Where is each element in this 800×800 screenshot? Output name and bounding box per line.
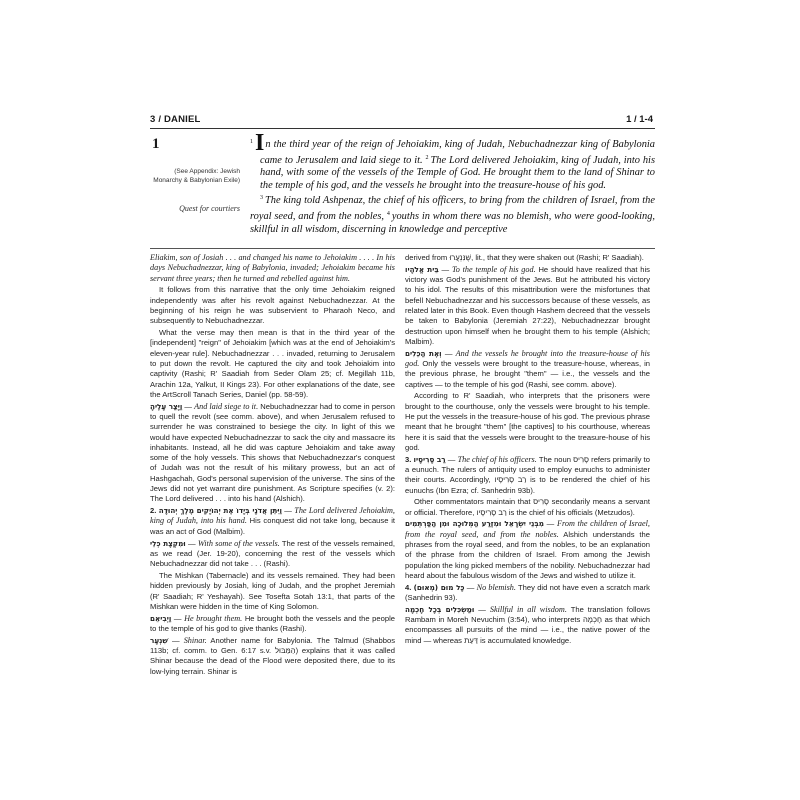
verse-number: 1 bbox=[250, 139, 253, 145]
commentary-entry: וַיָּצַר עָלֶיהָ — And laid siege to it.… bbox=[150, 402, 395, 505]
hebrew-lemma: וַיְבִיאֵם bbox=[150, 614, 171, 623]
commentary-entry: 3. רַב סָרִיסָיו — The chief of his offi… bbox=[405, 455, 650, 496]
lemma-gloss: He brought them. bbox=[184, 614, 242, 623]
commentary-paragraph: It follows from this narrative that the … bbox=[150, 285, 395, 326]
running-head-book: 3 / DANIEL bbox=[150, 114, 201, 125]
entry-text: He should have realized that his victory… bbox=[405, 265, 650, 346]
drop-cap: I bbox=[255, 130, 264, 156]
verse-number: 3 bbox=[260, 195, 263, 201]
lemma-gloss: And laid siege to it. bbox=[194, 402, 258, 411]
quote-text: Eliakim, son of Josiah . . . and changed… bbox=[150, 253, 395, 283]
commentary-paragraph: The Mishkan (Tabernacle) and its vessels… bbox=[150, 571, 395, 612]
commentary-entry: שִׁנְעָר — Shinar. Another name for Baby… bbox=[150, 636, 395, 677]
commentary-entry: בֵּית אֱלֹהָיו — To the temple of his go… bbox=[405, 265, 650, 347]
running-head-chapter-verses: 1 / 1-4 bbox=[626, 114, 653, 125]
verse-number: 4 bbox=[387, 211, 390, 217]
hebrew-lemma: רַב סָרִיסָיו bbox=[414, 455, 446, 464]
commentary-entry: 4. כָּל מוּם (מְאוּם) — No blemish. They… bbox=[405, 583, 650, 604]
commentary-paragraph: Other commentators maintain that סָרִיס … bbox=[405, 497, 650, 518]
translation-text: 1In the third year of the reign of Jehoi… bbox=[250, 136, 655, 236]
commentary-entry: וְאֶת הַכֵּלִים — And the vessels he bro… bbox=[405, 349, 650, 390]
hebrew-lemma: וְאֶת הַכֵּלִים bbox=[405, 349, 442, 358]
lemma-gloss: To the temple of his god. bbox=[452, 265, 536, 274]
hebrew-lemma: וּמַשְׂכִּלִים בְּכָל חָכְמָה bbox=[405, 605, 474, 614]
hebrew-lemma: בֵּית אֱלֹהָיו bbox=[405, 265, 439, 274]
header-rule bbox=[150, 128, 655, 129]
commentary-paragraph: According to R' Saadiah, who interprets … bbox=[405, 391, 650, 453]
hebrew-lemma: וּמִקְצָת כְּלֵי bbox=[150, 539, 186, 548]
verse-number: 2. bbox=[150, 506, 156, 515]
lemma-gloss: Skillful in all wisdom. bbox=[490, 605, 567, 614]
hebrew-lemma: וַיָּצַר עָלֶיהָ bbox=[150, 402, 182, 411]
commentary-entry: וַיְבִיאֵם — He brought them. He brought… bbox=[150, 614, 395, 635]
hebrew-lemma: וַיִּתֵּן אֲדֹנָי בְּיָדוֹ אֶת יְהוֹיָקִ… bbox=[159, 506, 282, 515]
hebrew-lemma: מִבְּנֵי יִשְׂרָאֵל וּמִזֶּרַע הַמְּלוּכ… bbox=[405, 519, 544, 528]
commentary-rule bbox=[150, 248, 655, 249]
verse-1-2: 1In the third year of the reign of Jehoi… bbox=[250, 136, 655, 192]
lemma-gloss: With some of the vessels. bbox=[198, 539, 280, 548]
commentary-column-left: Eliakim, son of Josiah . . . and changed… bbox=[150, 253, 395, 678]
verse-number: 3. bbox=[405, 455, 411, 464]
verse-3-4: 3The king told Ashpenaz, the chief of hi… bbox=[250, 192, 655, 236]
verse-number: 4. bbox=[405, 583, 411, 592]
hebrew-lemma: שִׁנְעָר bbox=[150, 636, 168, 645]
commentary-quote: Eliakim, son of Josiah . . . and changed… bbox=[150, 253, 395, 284]
chapter-number: 1 bbox=[152, 136, 160, 153]
verse-number: 2 bbox=[426, 155, 429, 161]
lemma-gloss: No blemish. bbox=[477, 583, 516, 592]
commentary-entry: מִבְּנֵי יִשְׂרָאֵל וּמִזֶּרַע הַמְּלוּכ… bbox=[405, 519, 650, 581]
commentary-entry: 2. וַיִּתֵּן אֲדֹנָי בְּיָדוֹ אֶת יְהוֹי… bbox=[150, 506, 395, 537]
book-page: 3 / DANIEL 1 / 1-4 1 (See Appendix: Jewi… bbox=[150, 100, 655, 700]
commentary-paragraph: What the verse may then mean is that in … bbox=[150, 328, 395, 400]
hebrew-lemma: כָּל מוּם (מְאוּם) bbox=[414, 583, 465, 592]
margin-note-topic: Quest for courtiers bbox=[150, 203, 240, 214]
commentary-paragraph: derived from שֶׁנִּנְעֲרוּ, lit., that t… bbox=[405, 253, 650, 263]
running-head: 3 / DANIEL 1 / 1-4 bbox=[150, 114, 655, 128]
margin-note-appendix: (See Appendix: Jewish Monarchy & Babylon… bbox=[150, 167, 240, 185]
entry-text: Nebuchadnezzar had to come in person to … bbox=[150, 402, 395, 504]
lemma-gloss: Shinar. bbox=[184, 636, 207, 645]
commentary-column-right: derived from שֶׁנִּנְעֲרוּ, lit., that t… bbox=[405, 253, 650, 647]
entry-text: Only the vessels were brought to the tre… bbox=[405, 359, 650, 389]
lemma-gloss: The chief of his officers. bbox=[458, 455, 537, 464]
commentary-entry: וּמִקְצָת כְּלֵי — With some of the vess… bbox=[150, 539, 395, 570]
commentary-entry: וּמַשְׂכִּלִים בְּכָל חָכְמָה — Skillful… bbox=[405, 605, 650, 646]
